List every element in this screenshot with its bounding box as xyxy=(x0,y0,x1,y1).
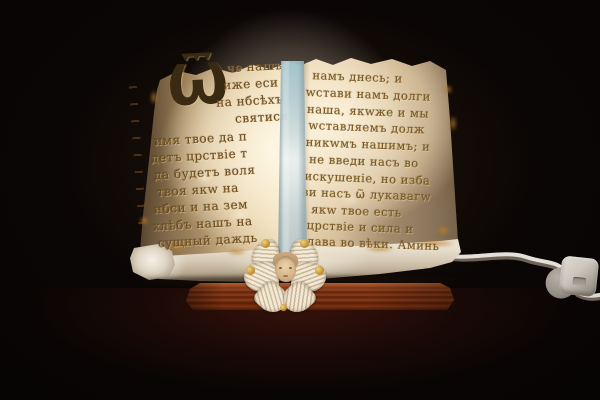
gold-accent xyxy=(280,304,287,311)
prayer-line: wставляемъ долж xyxy=(308,118,425,136)
prayer-line: иже еси xyxy=(223,75,279,92)
gold-accent xyxy=(300,239,309,248)
prayer-line: твоя якw на xyxy=(157,181,239,200)
prayer-line: на нбсѣхъ xyxy=(216,92,284,110)
prayer-line: детъ црствіе т xyxy=(151,146,248,165)
amber-stain xyxy=(139,216,149,225)
prayer-line: ви насъ ѿ лукавагw xyxy=(302,185,432,204)
gold-accent xyxy=(246,266,255,275)
prayer-line: якw твое есть xyxy=(311,202,402,219)
prayer-line: црствіе и сила и xyxy=(306,218,414,236)
photo-book-lamp-scene: Ѿ че нашъ, иже еси на нбсѣхъ святися имя… xyxy=(0,0,600,400)
prayer-line: да будетъ воля xyxy=(154,163,256,183)
prayer-line: хлѣбъ нашъ на xyxy=(153,214,253,234)
cherub-figurine xyxy=(246,242,324,318)
prayer-line: имя твое да п xyxy=(154,129,248,148)
cherub-face xyxy=(275,256,296,282)
gold-accent xyxy=(315,266,324,275)
prayer-line: не введи насъ во xyxy=(309,152,419,170)
prayer-line: намъ днесь; и xyxy=(312,68,403,85)
prayer-line: wстави намъ долги xyxy=(306,85,432,104)
prayer-line: нбси и на зем xyxy=(154,197,249,216)
prayer-line: сущный даждь xyxy=(158,231,258,251)
bookmark-ribbon xyxy=(278,61,307,254)
gold-accent xyxy=(261,239,270,248)
right-page-text: намъ днесь; и wстави намъ долги наша, як… xyxy=(299,62,461,268)
prayer-line: че нашъ, xyxy=(226,58,287,75)
prayer-line: никwмъ нашимъ; и xyxy=(306,135,431,154)
